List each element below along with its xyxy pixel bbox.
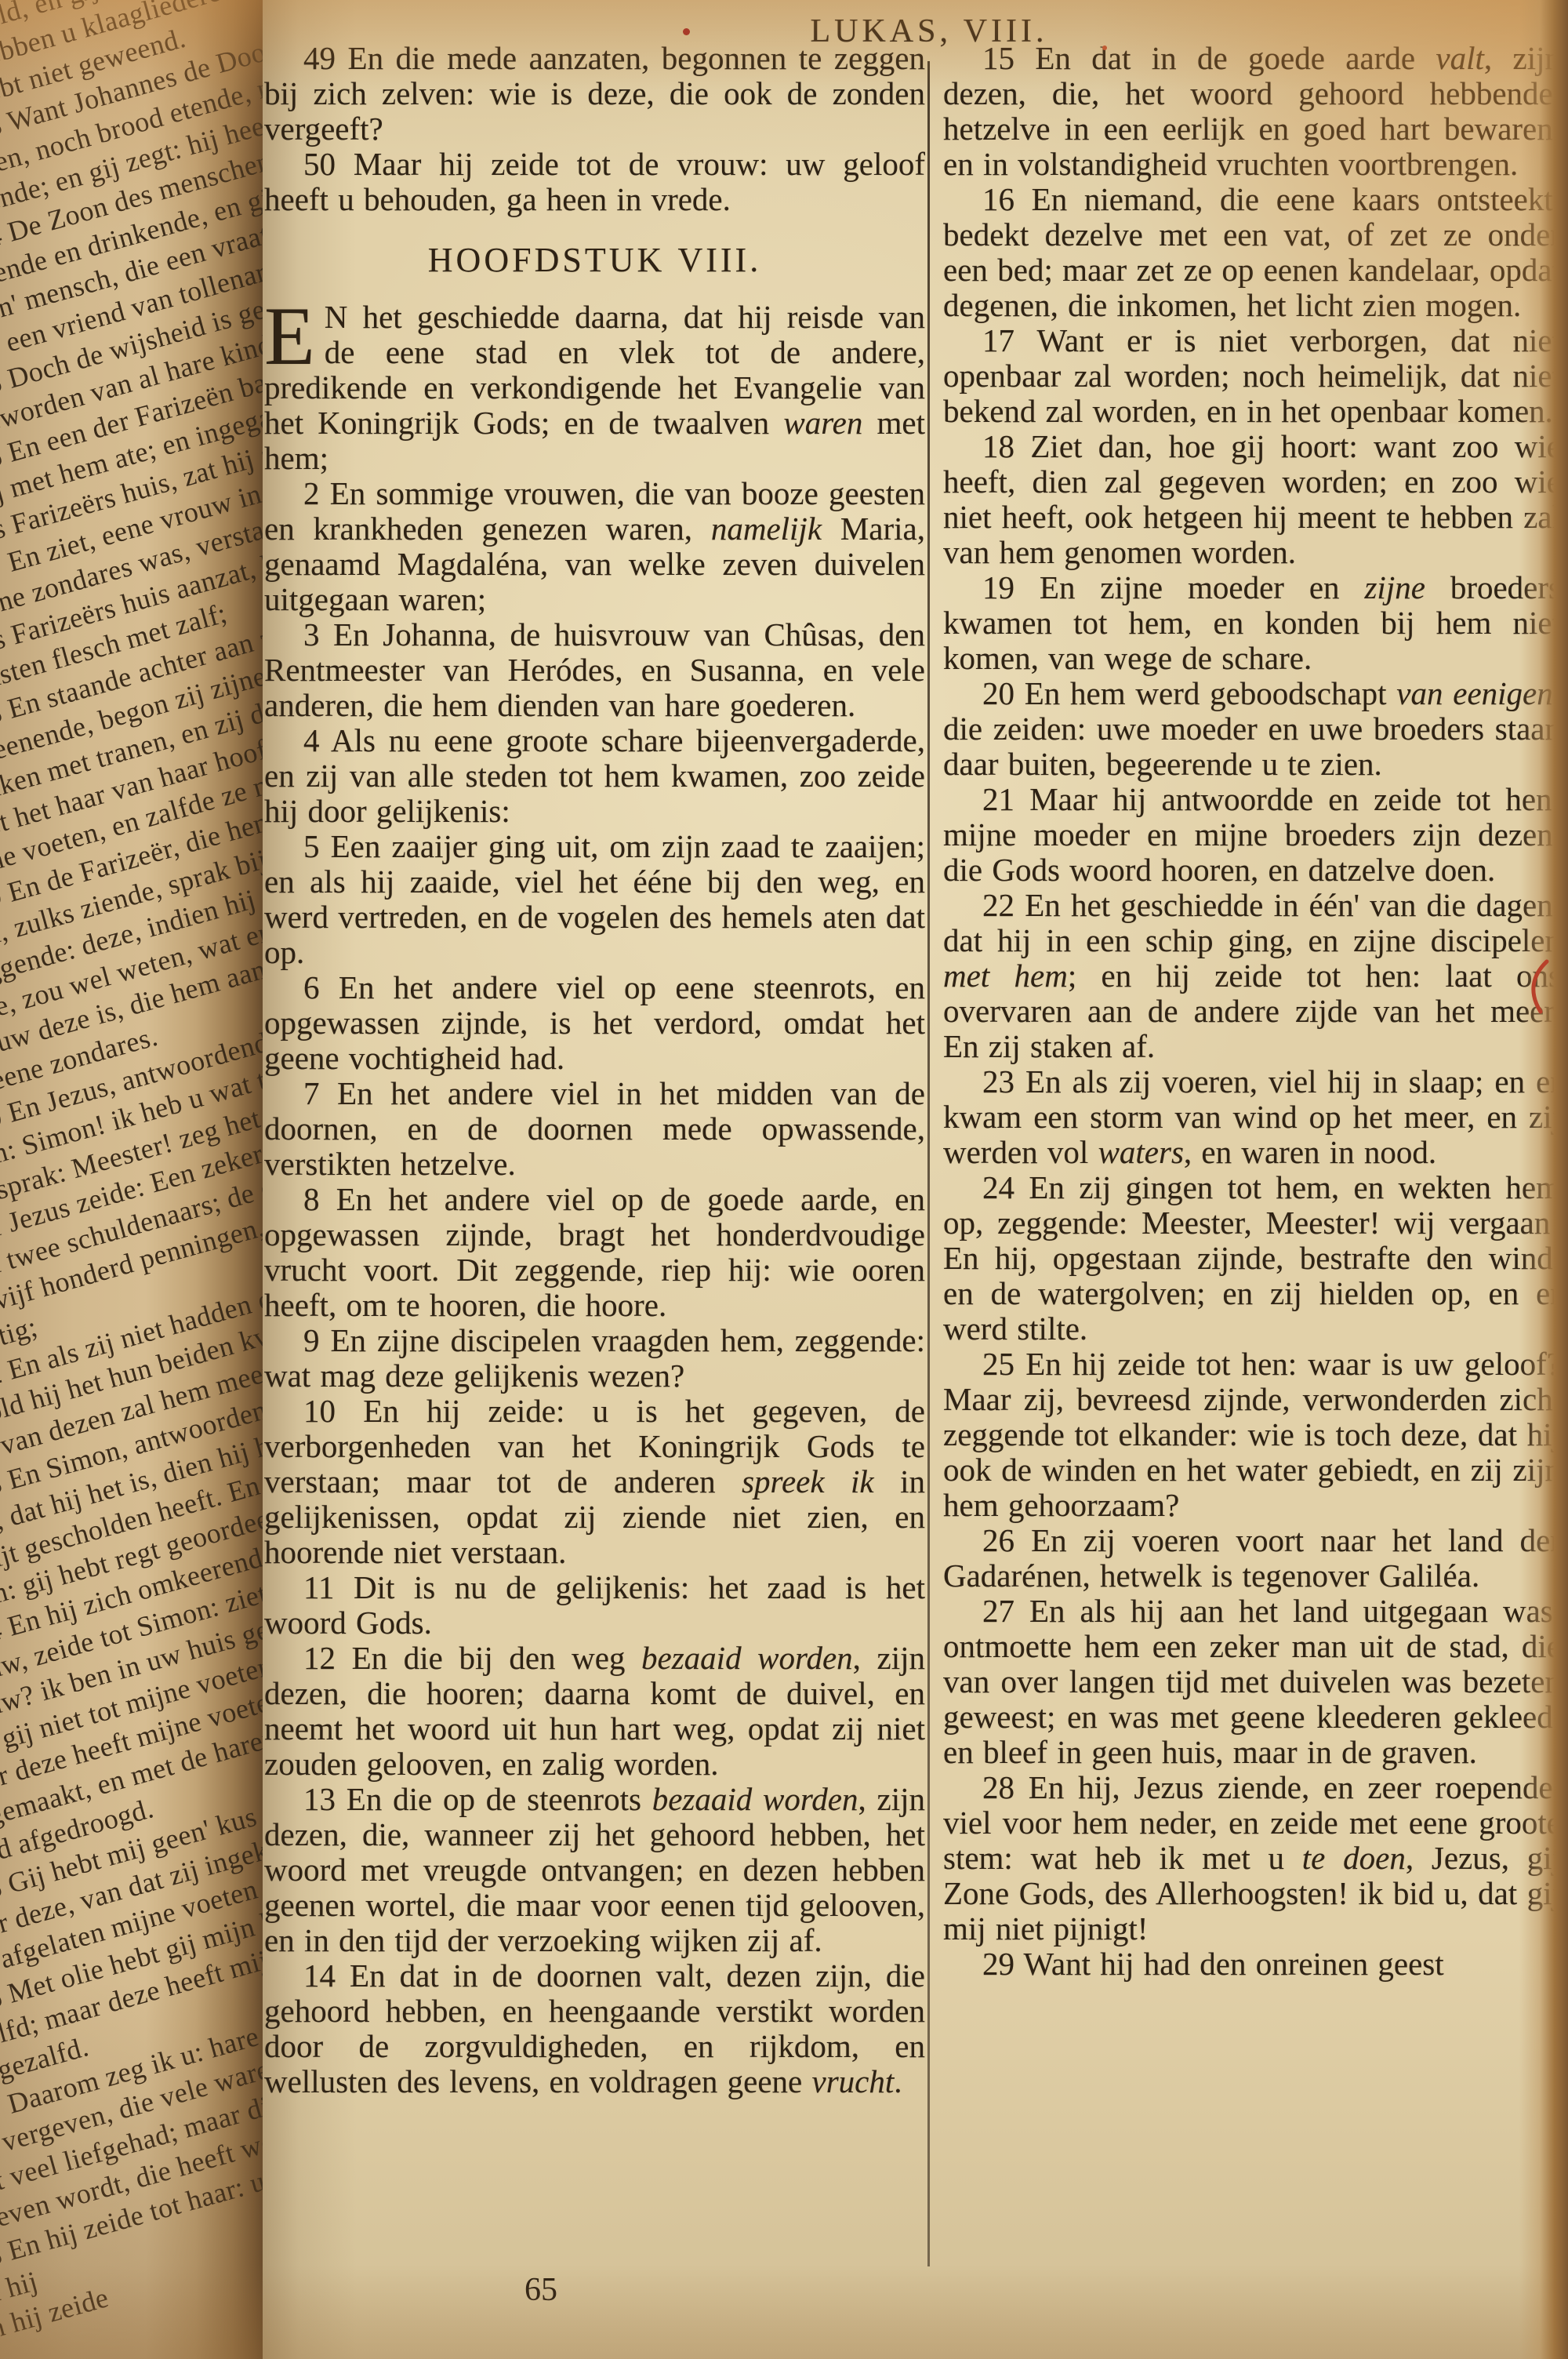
previous-page-text-fragment: basten flesch met zalf; <box>0 542 264 698</box>
verse-paragraph: 4 Als nu eene groote schare bijeenvergad… <box>264 723 925 829</box>
verse-paragraph: 12 En die bij den weg bezaaid worden, zi… <box>264 1641 925 1782</box>
red-fiber-mark <box>1523 958 1554 1019</box>
verse-paragraph: 7 En het andere viel in het midden van d… <box>264 1076 925 1182</box>
verse-paragraph: 50 Maar hij zeide tot de vrouw: uw geloo… <box>264 147 925 217</box>
previous-page-text-fragment: hold hij het hun beiden kwijt. Z <box>0 1276 264 1432</box>
previous-page-text-fragment: 45 Gij hebt mij geen' kus gege <box>0 1753 264 1909</box>
previous-page-text-fragment: ht, dat hij het is, dien hij het m <box>0 1386 264 1542</box>
column-divider <box>927 61 930 2266</box>
previous-page-text-fragment: hebt niet geweend. <box>0 0 264 111</box>
previous-page-text-fragment: men, noch brood etende, noch wij <box>0 28 264 184</box>
previous-page-text-fragment: net het haar van haar hoofd, en <box>0 689 264 845</box>
previous-page-text-fragment: ij sprak: Meester! zeg het. <box>0 1056 264 1212</box>
previous-page-text-fragment: eeld, en gij hebt niet ge <box>0 0 264 37</box>
previous-page-text-fragment: ar vergeven, die vele waren; wa <box>0 2010 264 2166</box>
bible-page: LUKAS, VIII. 49 En die mede aanzaten, be… <box>263 0 1568 2359</box>
previous-page-text-fragment: 47 Daarom zeg ik u: hare zonde <box>0 1973 264 2129</box>
chapter-heading: HOOFDSTUK VIII. <box>264 242 925 278</box>
previous-page-text-fragment: rouw deze is, die hem aanraakt; <box>0 909 264 1065</box>
right-text-column: 15 En dat in de goede aarde valt, zijn d… <box>943 41 1561 2277</box>
previous-page-text-fragment: eft veel liefgehad; maar dien we <box>0 2047 264 2203</box>
previous-page-text-fragment: em: gij hebt regt geoordeeld. <box>0 1459 264 1616</box>
verse-paragraph: 29 Want hij had den onreinen geest <box>943 1946 1561 1982</box>
verse-paragraph: 10 En hij zeide: u is het gegeven, de ve… <box>264 1394 925 1570</box>
previous-page-text-fragment: g vijf honderd penningen, en de <box>0 1165 264 1321</box>
previous-page-text-fragment: ad, zulks ziende, sprak bij zich z <box>0 798 264 954</box>
previous-page-text-fragment: wijt gescholden heeft. En hij z <box>0 1423 264 1579</box>
previous-page-text-fragment: En hij zeide <box>0 2194 264 2350</box>
previous-page-text-fragment: 33 Want Johannes de Doope <box>0 0 264 147</box>
verse-paragraph: 9 En zijne discipelen vraagden hem, zegg… <box>264 1323 925 1394</box>
previous-page-text-fragment: ijftig; <box>0 1202 264 1358</box>
previous-page-text-fragment: les Farizeërs huis aanzat, bragt ee <box>0 505 264 661</box>
previous-page-text-fragment: 38 En staande achter aan zijne v <box>0 579 264 735</box>
verse-paragraph: 20 En hem werd geboodschapt van eenigen,… <box>943 676 1561 782</box>
verse-paragraph: 11 Dit is nu de gelijkenis: het zaad is … <box>264 1570 925 1641</box>
verse-paragraph: 49 En die mede aanzaten, begonnen te zeg… <box>264 41 925 147</box>
previous-page-text-fragment: 48 En hij zeide tot haar: uwe zo <box>0 2120 264 2276</box>
previous-page-text-fragment: ofd afgedroogd. <box>0 1716 264 1872</box>
previous-page-text-fragment: 44 En hij zich omkeerende na <box>0 1496 264 1652</box>
previous-page-text-fragment: eene zondares was, verstaande, dat <box>0 468 264 624</box>
verse-paragraph: 23 En als zij voeren, viel hij in slaap;… <box>943 1064 1561 1170</box>
previous-page-text-fragment: em: Simon! ik heb u wat te zeg <box>0 1019 264 1175</box>
red-ink-speck <box>1102 45 1107 50</box>
previous-page-text-fragment: 37 En ziet, eene vrouw in de stad <box>0 431 264 587</box>
previous-page-text-fragment: kende; en gij zegt: hij heeft den d <box>0 64 264 220</box>
left-text-column: 49 En die mede aanzaten, begonnen te zeg… <box>264 41 925 2270</box>
previous-page-text-fragment: een' mensch, die een vraat en wijnz <box>0 175 264 331</box>
verse-paragraph: 28 En hij, Jezus ziende, en zeer roepend… <box>943 1770 1561 1946</box>
red-ink-speck <box>683 28 690 35</box>
verse-paragraph: 2 En sommige vrouwen, die van booze gees… <box>264 476 925 617</box>
page-number: 65 <box>463 2271 619 2309</box>
verse-paragraph: 13 En die op de steenrots bezaaid worden… <box>264 1782 925 1958</box>
previous-page-text-fragment: aar deze heeft mijne voeten met <box>0 1643 264 1799</box>
previous-page-text-fragment: et afgelaten mijne voeten te kussen <box>0 1826 264 1983</box>
scanned-book-page: eeld, en gij hebt niet gehebben u klaagl… <box>0 0 1568 2359</box>
previous-page-text-fragment: are, zou wel weten, wat en hoe <box>0 872 264 1028</box>
previous-page-edge: eeld, en gij hebt niet gehebben u klaagl… <box>0 0 264 2359</box>
previous-page-text-fragment: bt gij niet tot mijne voeten geg <box>0 1606 264 1762</box>
verse-paragraph: 14 En dat in de doornen valt, dezen zijn… <box>264 1958 925 2099</box>
chapter-opening-paragraph: EN het geschiedde daarna, dat hij reisde… <box>264 300 925 476</box>
previous-page-text-fragment: t gemaakt, en met de haren van <box>0 1680 264 1836</box>
previous-page-text-fragment: 39 En de Farizeër, die hem gen <box>0 762 264 918</box>
previous-page-text-fragment: aar deze, van dat zij ingekomen is <box>0 1790 264 1946</box>
previous-page-text-fragment: 41 Jezus zeide: Een zeker sch <box>0 1092 264 1249</box>
previous-page-text-fragment: eggende: deze, indien hij een pro <box>0 835 264 991</box>
verse-paragraph: 22 En het geschiedde in één' van die dag… <box>943 888 1561 1064</box>
previous-page-text-fragment: s eene zondares. <box>0 946 264 1102</box>
verse-paragraph: 18 Ziet dan, hoe gij hoort: want zoo wie… <box>943 429 1561 570</box>
drop-cap: E <box>264 300 325 369</box>
previous-page-text-fragment: 43 En Simon, antwoordende, z <box>0 1349 264 1505</box>
verse-paragraph: 27 En als hij aan het land uitgegaan was… <box>943 1594 1561 1770</box>
verse-paragraph: 19 En zijne moeder en zijne broeders kwa… <box>943 570 1561 676</box>
verse-paragraph: 21 Maar hij antwoordde en zeide tot hen:… <box>943 782 1561 888</box>
previous-page-text-fragment: 46 Met olie hebt gij mijn hoofd <box>0 1863 264 2019</box>
previous-page-text-fragment: 34 De Zoon des menschen is geko <box>0 101 264 257</box>
previous-page-text-fragment: rgeven wordt, die heeft weinig lief <box>0 2083 264 2239</box>
verse-paragraph: 16 En niemand, die eene kaars ontsteekt,… <box>943 182 1561 323</box>
previous-page-text-fragment: naken met tranen, en zij droogde <box>0 652 264 808</box>
verse-paragraph: 5 Een zaaijer ging uit, om zijn zaad te … <box>264 829 925 970</box>
verse-paragraph: 8 En het andere viel op de goede aarde, … <box>264 1182 925 1323</box>
previous-page-text-fragment: les Farizeërs huis, zat hij aan. <box>0 395 264 551</box>
previous-page-text-fragment: ouw? ik ben in uw huis gekomen <box>0 1569 264 1725</box>
verse-paragraph: 3 En Johanna, de huisvrouw van Chûsas, d… <box>264 617 925 723</box>
previous-page-text-fragment: ouw, zeide tot Simon: ziet gij d <box>0 1532 264 1688</box>
previous-page-text-fragment: 40 En Jezus, antwoordende, zei <box>0 982 264 1138</box>
previous-page-text-fragment: 35 Doch de wijsheid is geregtva <box>0 248 264 404</box>
previous-page-text-fragment: ad twee schuldenaars; de één w <box>0 1129 264 1285</box>
previous-page-text-fragment: 36 En een der Farizeën bad hem <box>0 322 264 478</box>
previous-page-text-fragment: geworden van al hare kinderen. <box>0 285 264 441</box>
verse-paragraph: 26 En zij voeren voort naar het land der… <box>943 1523 1561 1594</box>
previous-page-text-fragment: 42 En als zij niet hadden om te <box>0 1239 264 1395</box>
previous-page-text-fragment: ie van dezen zal hem meer liefh <box>0 1313 264 1469</box>
verse-paragraph: 17 Want er is niet verborgen, dat niet o… <box>943 323 1561 429</box>
previous-page-text-fragment: ijne voeten, en zalfde ze met de za <box>0 725 264 881</box>
verse-paragraph: 6 En het andere viel op eene steenrots, … <box>264 970 925 1076</box>
previous-page-text-fragment: hij met hem ate; en ingegaan in <box>0 358 264 514</box>
previous-page-text-fragment: weenende, begon zij zijne voeten <box>0 615 264 771</box>
previous-page-text-fragment: is, een vriend van tollenaren en zond <box>0 212 264 368</box>
previous-page-text-fragment: zalfd; maar deze heeft mijne voeten <box>0 1899 264 2055</box>
previous-page-text-fragment: etende en drinkende, en gij zegt: zie <box>0 138 264 294</box>
verse-paragraph: 15 En dat in de goede aarde valt, zijn d… <box>943 41 1561 182</box>
previous-page-text-fragment: hebben u klaagliederen ge <box>0 0 264 74</box>
previous-page-text-fragment: lf gezalfd. <box>0 1936 264 2092</box>
verse-paragraph: 24 En zij gingen tot hem, en wekten hem … <box>943 1170 1561 1347</box>
verse-paragraph: 25 En hij zeide tot hen: waar is uw gelo… <box>943 1347 1561 1523</box>
previous-page-text-fragment: en hij <box>0 2157 264 2313</box>
